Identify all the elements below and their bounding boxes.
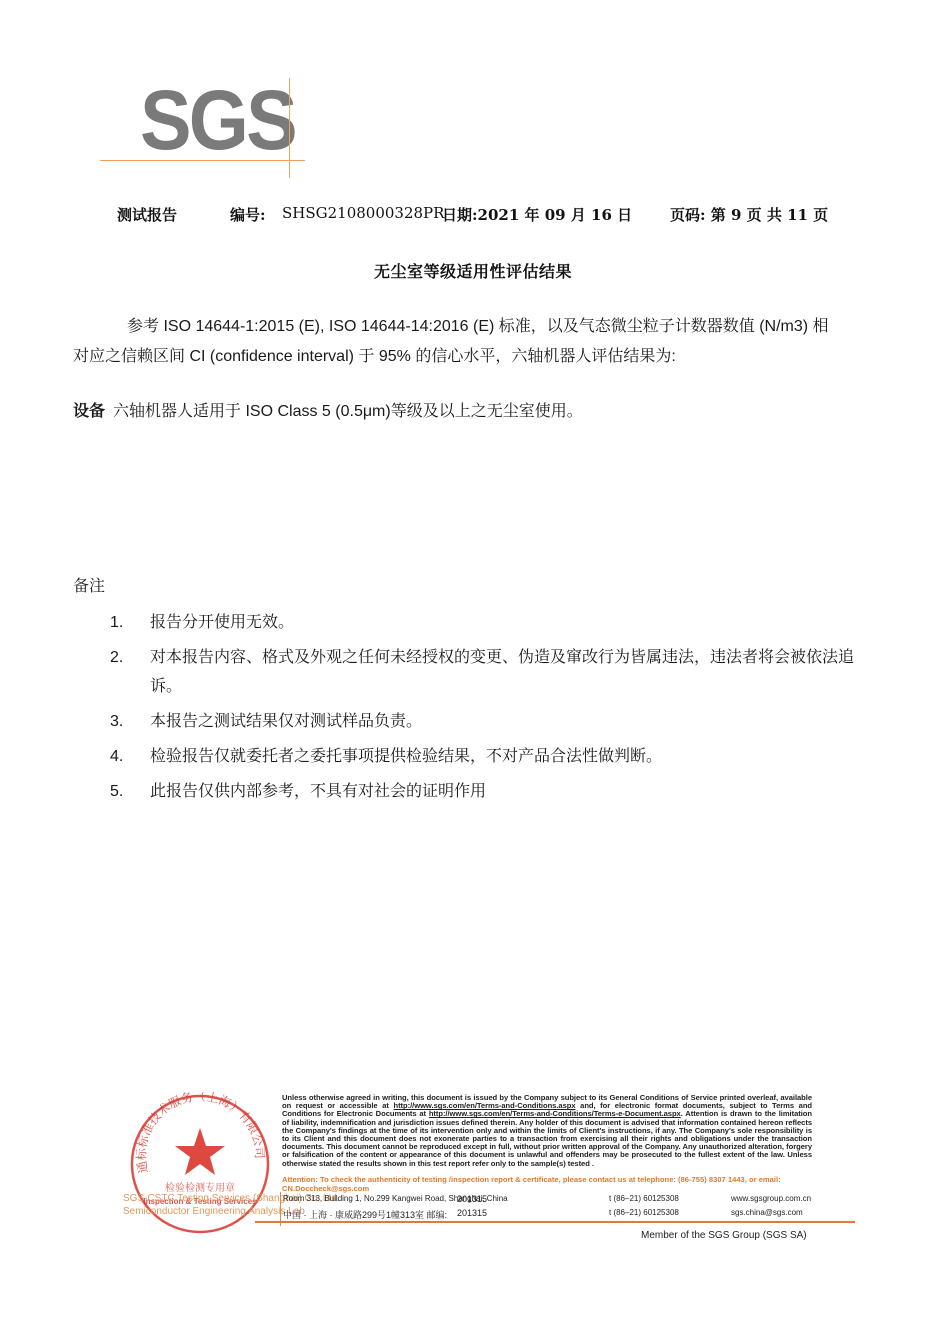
logo-horizontal-line	[100, 160, 305, 161]
device-result: 设备六轴机器人适用于 ISO Class 5 (0.5μm)等级及以上之无尘室使…	[73, 398, 583, 421]
report-type: 测试报告	[117, 204, 177, 225]
address-cn: 中国 · 上海 · 康威路299号1幢313室 邮编:	[283, 1208, 447, 1221]
report-date: 日期:2021 年 09 月 16 日	[442, 204, 632, 225]
note-text: 此报告仅供内部参考，不具有对社会的证明作用	[150, 783, 486, 800]
member-statement: Member of the SGS Group (SGS SA)	[641, 1230, 807, 1241]
telephone-2: t (86–21) 60125308	[609, 1208, 679, 1217]
website-link[interactable]: www.sgsgroup.com.cn	[731, 1194, 811, 1203]
star-icon	[175, 1128, 225, 1175]
notes-list: 1. 报告分开使用无效。 2. 对本报告内容、格式及外观之任何未经授权的变更、伪…	[110, 608, 880, 806]
note-number: 4.	[110, 742, 123, 771]
authenticity-notice: Attention: To check the authenticity of …	[282, 1176, 822, 1193]
note-item: 2. 对本报告内容、格式及外观之任何未经授权的变更、伪造及窜改行为皆属违法，违法…	[110, 643, 880, 701]
note-number: 3.	[110, 707, 123, 736]
document-title: 无尘室等级适用性评估结果	[0, 259, 946, 282]
report-number: SHSG2108000328PR	[282, 204, 444, 222]
report-header: 测试报告 编号: SHSG2108000328PR 日期:2021 年 09 月…	[0, 204, 946, 226]
note-item: 5. 此报告仅供内部参考，不具有对社会的证明作用	[110, 777, 880, 806]
note-number: 5.	[110, 777, 123, 806]
page-indicator: 页码: 第 9 页 共 11 页	[670, 204, 828, 225]
note-number: 2.	[110, 643, 123, 672]
zip-cn: 201315	[457, 1208, 487, 1218]
footer-divider	[255, 1221, 855, 1223]
note-text: 检验报告仅就委托者之委托事项提供检验结果，不对产品合法性做判断。	[150, 748, 662, 765]
note-text: 对本报告内容、格式及外观之任何未经授权的变更、伪造及窜改行为皆属违法，违法者将会…	[150, 649, 854, 695]
telephone-1: t (86–21) 60125308	[609, 1194, 679, 1203]
evaluation-paragraph: 参考 ISO 14644-1:2015 (E), ISO 14644-14:20…	[73, 312, 833, 372]
device-result-text: 六轴机器人适用于 ISO Class 5 (0.5μm)等级及以上之无尘室使用。	[113, 403, 583, 420]
note-item: 1. 报告分开使用无效。	[110, 608, 880, 637]
device-label: 设备	[73, 403, 105, 420]
logo-text: SGS	[140, 80, 295, 160]
report-number-label: 编号:	[230, 204, 266, 225]
note-item: 3. 本报告之测试结果仅对测试样品负责。	[110, 707, 880, 736]
note-text: 报告分开使用无效。	[150, 614, 294, 631]
note-number: 1.	[110, 608, 123, 637]
zip-en: 201315	[457, 1194, 487, 1204]
legal-disclaimer: Unless otherwise agreed in writing, this…	[282, 1094, 812, 1168]
notes-title: 备注	[73, 573, 105, 596]
email-link[interactable]: sgs.china@sgs.com	[731, 1208, 803, 1217]
logo-vertical-line	[289, 78, 290, 178]
legal-text: . Attention is drawn to the limitation o…	[282, 1109, 812, 1167]
sgs-logo: SGS	[100, 78, 305, 168]
note-text: 本报告之测试结果仅对测试样品负责。	[150, 713, 422, 730]
note-item: 4. 检验报告仅就委托者之委托事项提供检验结果，不对产品合法性做判断。	[110, 742, 880, 771]
